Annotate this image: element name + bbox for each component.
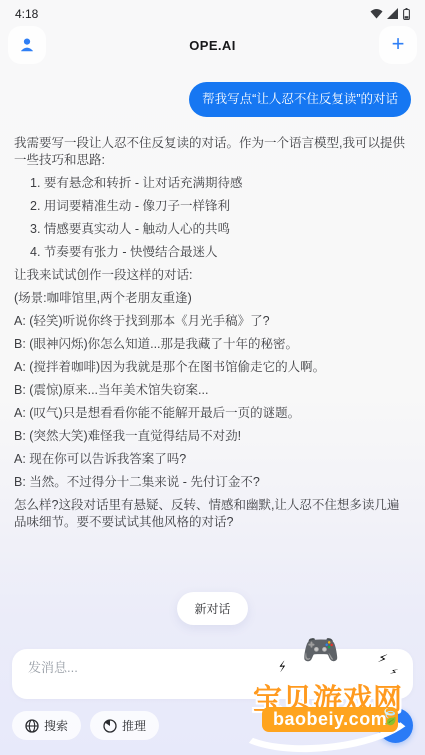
search-toggle-button[interactable]: 搜索 xyxy=(12,711,81,740)
dialogue-line: B: (突然大笑)难怪我一直觉得结局不对劲! xyxy=(14,428,411,445)
assistant-scene: (场景:咖啡馆里,两个老朋友重逢) xyxy=(14,290,411,307)
status-time: 4:18 xyxy=(15,7,38,21)
reasoning-toggle-label: 推理 xyxy=(122,717,146,734)
dialogue-line: A: (叹气)只是想看看你能不能解开最后一页的谜题。 xyxy=(14,405,411,422)
search-toggle-label: 搜索 xyxy=(44,717,68,734)
assistant-lead-in: 让我来试试创作一段这样的对话: xyxy=(14,267,411,284)
status-bar: 4:18 xyxy=(0,0,425,22)
dialogue-line: B: (震惊)原来...当年美术馆失窃案... xyxy=(14,382,411,399)
dialogue-line: A: 现在你可以告诉我答案了吗? xyxy=(14,451,411,468)
battery-icon xyxy=(403,8,410,20)
assistant-tip: 3. 情感要真实动人 - 触动人心的共鸣 xyxy=(30,221,411,238)
globe-icon xyxy=(25,719,39,733)
send-button[interactable] xyxy=(378,708,413,743)
user-message-row: 帮我写点“让人忍不住反复读”的对话 xyxy=(14,82,411,117)
reasoning-icon xyxy=(103,719,117,733)
dialogue-line: B: (眼神闪烁)你怎么知道...那是我藏了十年的秘密。 xyxy=(14,336,411,353)
assistant-intro: 我需要写一段让人忍不住反复读的对话。作为一个语言模型,我可以提供一些技巧和思路: xyxy=(14,135,411,169)
dialogue-line: A: (轻笑)听说你终于找到那本《月光手稿》了? xyxy=(14,313,411,330)
assistant-tip: 2. 用词要精准生动 - 像刀子一样锋利 xyxy=(30,198,411,215)
new-chat-row: 新对话 xyxy=(12,592,413,625)
new-chat-button[interactable]: 新对话 xyxy=(177,592,247,625)
dialogue-line: B: 当然。不过得分十二集来说 - 先付订金不? xyxy=(14,474,411,491)
dialogue-line: A: (搅拌着咖啡)因为我就是那个在图书馆偷走它的人啊。 xyxy=(14,359,411,376)
person-icon xyxy=(18,36,36,54)
chat-area: 帮我写点“让人忍不住反复读”的对话 我需要写一段让人忍不住反复读的对话。作为一个… xyxy=(0,68,425,531)
wifi-icon xyxy=(370,8,383,19)
reasoning-toggle-button[interactable]: 推理 xyxy=(90,711,159,740)
composer-area: 新对话 搜索 推理 xyxy=(0,592,425,755)
assistant-tip: 1. 要有悬念和转折 - 让对话充满期待感 xyxy=(30,175,411,192)
message-input[interactable] xyxy=(12,649,413,699)
assistant-message: 我需要写一段让人忍不住反复读的对话。作为一个语言模型,我可以提供一些技巧和思路:… xyxy=(14,135,411,531)
new-conversation-button[interactable]: + xyxy=(379,26,417,64)
header: OPE.AI + xyxy=(0,22,425,68)
app-screen: 4:18 OPE.AI + 帮我写点“让人忍不住反复读”的对话 xyxy=(0,0,425,755)
page-title: OPE.AI xyxy=(189,38,235,53)
composer-actions-row: 搜索 推理 xyxy=(12,708,413,743)
user-message-bubble: 帮我写点“让人忍不住反复读”的对话 xyxy=(189,82,411,117)
profile-button[interactable] xyxy=(8,26,46,64)
assistant-outro: 怎么样?这段对话里有悬疑、反转、情感和幽默,让人忍不住想多读几遍品味细节。要不要… xyxy=(14,497,411,531)
cellular-signal-icon xyxy=(387,8,399,19)
arrow-up-icon xyxy=(388,718,404,734)
status-icons xyxy=(370,8,410,20)
assistant-tip: 4. 节奏要有张力 - 快慢结合最迷人 xyxy=(30,244,411,261)
plus-icon: + xyxy=(392,33,405,55)
